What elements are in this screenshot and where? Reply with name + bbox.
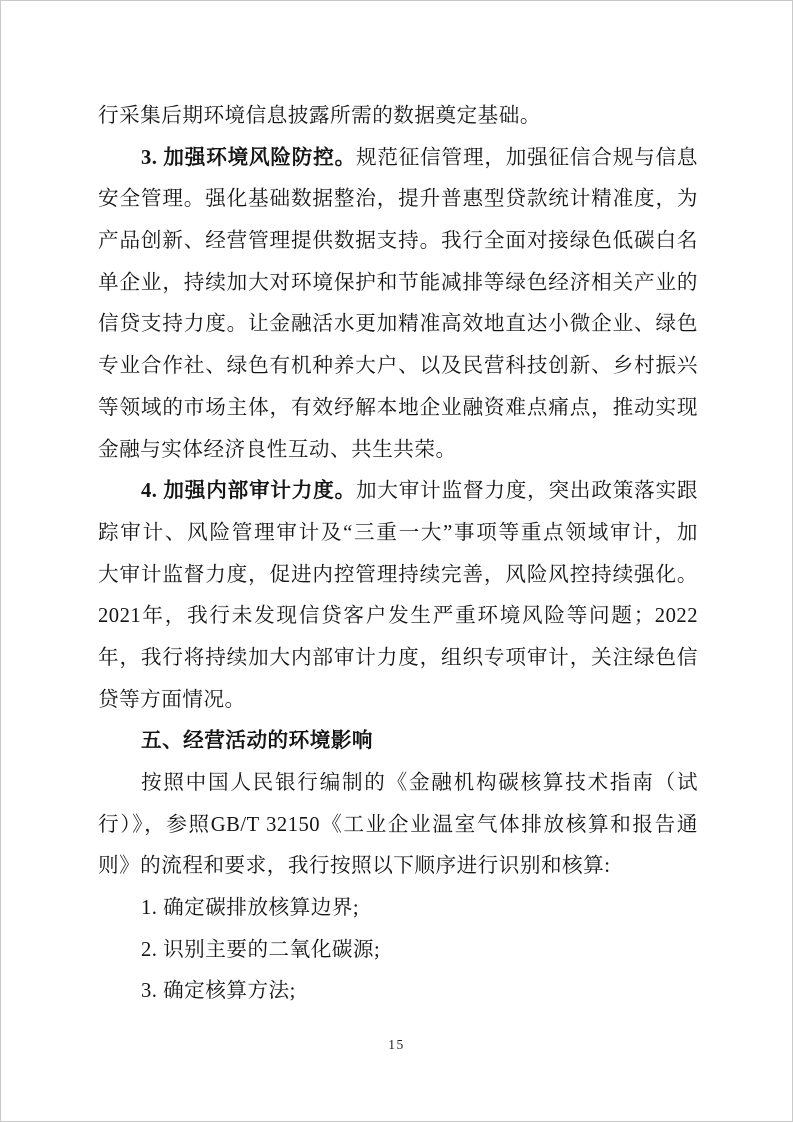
text-line: 五、经营活动的环境影响: [98, 721, 698, 763]
text-line: 踪审计、风险管理审计及“三重一大”事项等重点领域审计，加: [98, 513, 698, 555]
text-line: 专业合作社、绿色有机种养大户、以及民营科技创新、乡村振兴: [98, 346, 698, 388]
text-line: 3. 加强环境风险防控。规范征信管理，加强征信合规与信息: [98, 138, 698, 180]
page-number: 15: [1, 1037, 792, 1053]
text-run: 规范征信管理，加强征信合规与信息: [356, 147, 698, 169]
text-run: 加大审计监督力度，突出政策落实跟: [356, 480, 698, 502]
text-line: 行采集后期环境信息披露所需的数据奠定基础。: [98, 96, 698, 138]
text-run: 2021年，我行未发现信贷客户发生严重环境风险等问题；2022: [98, 605, 698, 627]
text-run: 安全管理。强化基础数据整治，提升普惠型贷款统计精准度，为: [98, 188, 698, 210]
document-body: 行采集后期环境信息披露所需的数据奠定基础。3. 加强环境风险防控。规范征信管理，…: [98, 96, 698, 1013]
text-line: 行）》，参照GB/T 32150《工业企业温室气体排放核算和报告通: [98, 805, 698, 847]
text-line: 年，我行将持续加大内部审计力度，组织专项审计，关注绿色信: [98, 638, 698, 680]
text-line: 大审计监督力度，促进内控管理持续完善，风险风控持续强化。: [98, 555, 698, 597]
text-run: 则》的流程和要求，我行按照以下顺序进行识别和核算:: [98, 855, 610, 877]
text-line: 1. 确定碳排放核算边界;: [98, 888, 698, 930]
text-line: 贷等方面情况。: [98, 680, 698, 722]
text-run: 1. 确定碳排放核算边界;: [141, 897, 359, 919]
text-run: 踪审计、风险管理审计及“三重一大”事项等重点领域审计，加: [98, 522, 698, 544]
text-run: 信贷支持力度。让金融活水更加精准高效地直达小微企业、绿色: [98, 313, 698, 335]
bold-text-run: 五、经营活动的环境影响: [141, 730, 373, 752]
document-page: 行采集后期环境信息披露所需的数据奠定基础。3. 加强环境风险防控。规范征信管理，…: [0, 0, 793, 1122]
text-line: 4. 加强内部审计力度。加大审计监督力度，突出政策落实跟: [98, 471, 698, 513]
text-line: 2021年，我行未发现信贷客户发生严重环境风险等问题；2022: [98, 596, 698, 638]
text-run: 3. 确定核算方法;: [141, 980, 296, 1002]
text-run: 按照中国人民银行编制的《金融机构碳核算技术指南（试: [141, 772, 698, 794]
text-line: 则》的流程和要求，我行按照以下顺序进行识别和核算:: [98, 846, 698, 888]
text-run: 2. 识别主要的二氧化碳源;: [141, 939, 380, 961]
text-line: 产品创新、经营管理提供数据支持。我行全面对接绿色低碳白名: [98, 221, 698, 263]
text-run: 金融与实体经济良性互动、共生共荣。: [98, 439, 457, 461]
text-line: 信贷支持力度。让金融活水更加精准高效地直达小微企业、绿色: [98, 304, 698, 346]
text-run: 等领域的市场主体，有效纾解本地企业融资难点痛点，推动实现: [98, 397, 698, 419]
text-run: 行）》，参照GB/T 32150《工业企业温室气体排放核算和报告通: [98, 814, 698, 836]
text-run: 行采集后期环境信息披露所需的数据奠定基础。: [98, 105, 541, 127]
text-run: 大审计监督力度，促进内控管理持续完善，风险风控持续强化。: [98, 564, 698, 586]
bold-text-run: 4. 加强内部审计力度。: [141, 480, 356, 502]
text-run: 产品创新、经营管理提供数据支持。我行全面对接绿色低碳白名: [98, 230, 698, 252]
text-line: 单企业，持续加大对环境保护和节能减排等绿色经济相关产业的: [98, 263, 698, 305]
text-run: 年，我行将持续加大内部审计力度，组织专项审计，关注绿色信: [98, 647, 698, 669]
text-line: 安全管理。强化基础数据整治，提升普惠型贷款统计精准度，为: [98, 179, 698, 221]
text-line: 按照中国人民银行编制的《金融机构碳核算技术指南（试: [98, 763, 698, 805]
text-line: 3. 确定核算方法;: [98, 971, 698, 1013]
text-run: 单企业，持续加大对环境保护和节能减排等绿色经济相关产业的: [98, 272, 698, 294]
text-line: 等领域的市场主体，有效纾解本地企业融资难点痛点，推动实现: [98, 388, 698, 430]
text-line: 金融与实体经济良性互动、共生共荣。: [98, 430, 698, 472]
bold-text-run: 3. 加强环境风险防控。: [141, 147, 356, 169]
text-line: 2. 识别主要的二氧化碳源;: [98, 930, 698, 972]
text-run: 专业合作社、绿色有机种养大户、以及民营科技创新、乡村振兴: [98, 355, 698, 377]
text-run: 贷等方面情况。: [98, 689, 246, 711]
